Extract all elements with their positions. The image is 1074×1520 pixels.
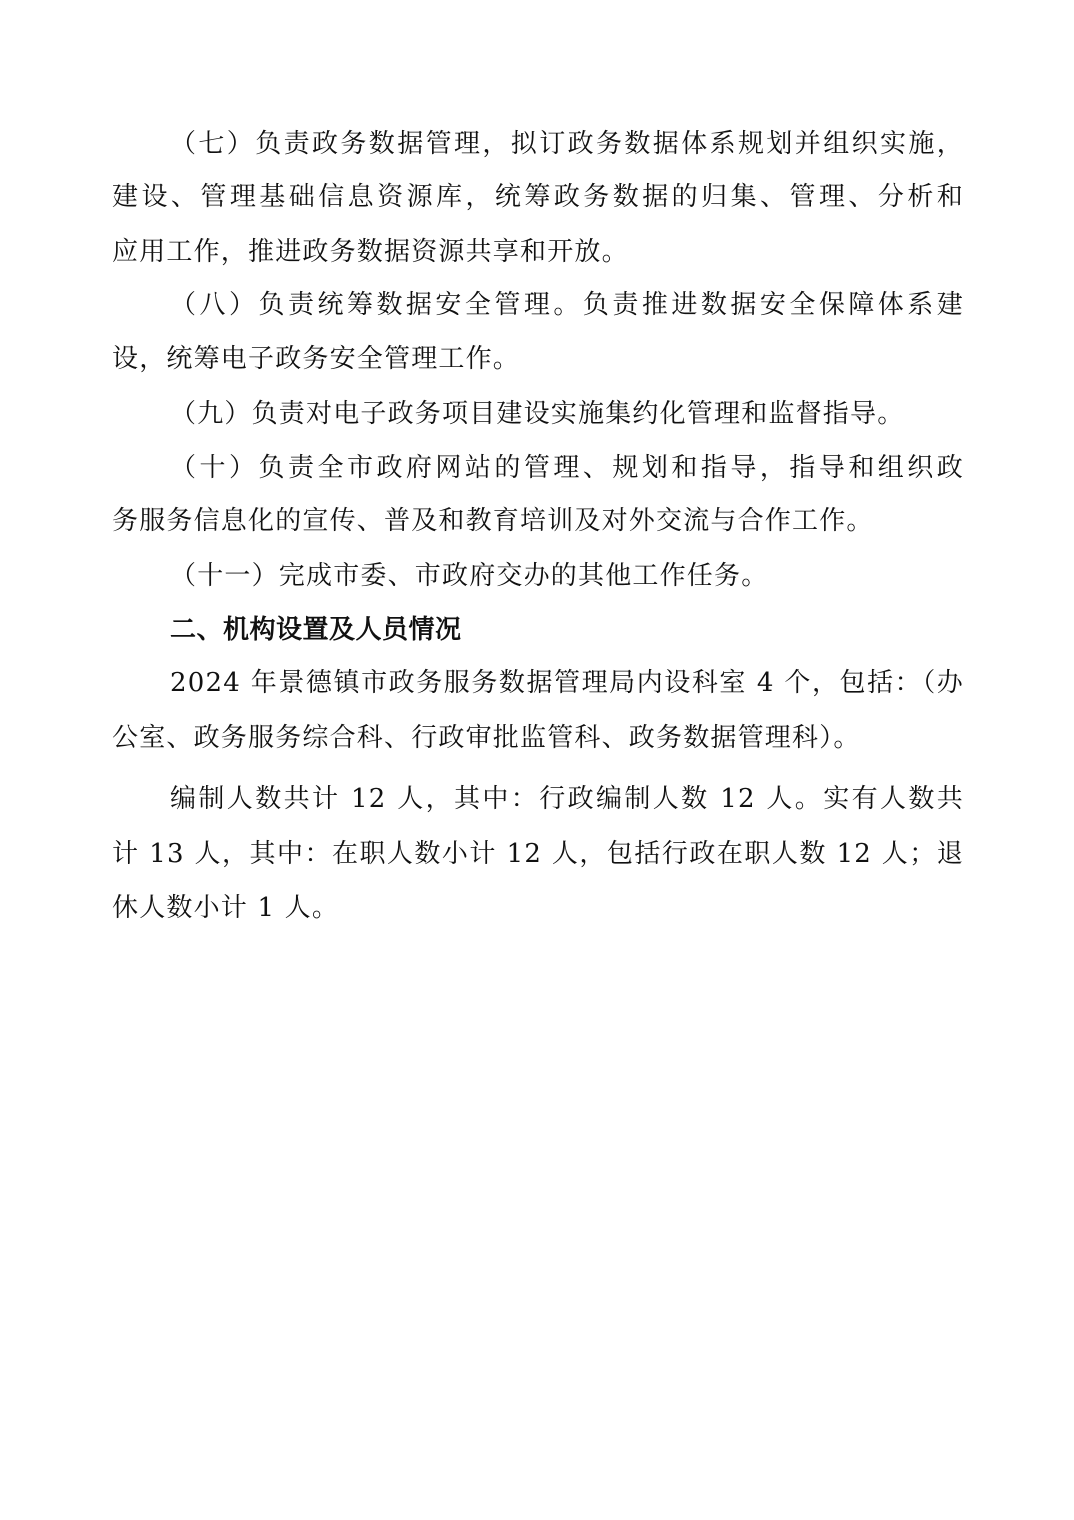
org-paragraph-line-1: 2024 年景德镇市政务服务数据管理局内设科室 4 个，包括：（办 [170, 666, 964, 700]
paragraph-item-10-line-1: （十）负责全市政府网站的管理、规划和指导，指导和组织政 [170, 451, 964, 485]
paragraph-item-10-line-2: 务服务信息化的宣传、普及和教育培训及对外交流与合作工作。 [112, 504, 964, 538]
document-page: （七）负责政务数据管理，拟订政务数据体系规划并组织实施， 建设、管理基础信息资源… [0, 0, 1074, 1520]
paragraph-item-9-line-1: （九）负责对电子政务项目建设实施集约化管理和监督指导。 [170, 397, 964, 431]
staff-paragraph-line-1: 编制人数共计 12 人，其中：行政编制人数 12 人。实有人数共 [170, 782, 964, 816]
org-paragraph-line-2: 公室、政务服务综合科、行政审批监管科、政务数据管理科）。 [112, 721, 964, 755]
paragraph-item-7-line-1: （七）负责政务数据管理，拟订政务数据体系规划并组织实施， [170, 127, 964, 161]
staff-paragraph-line-3: 休人数小计 1 人。 [112, 891, 964, 925]
paragraph-item-7-line-3: 应用工作，推进政务数据资源共享和开放。 [112, 235, 964, 269]
paragraph-item-8-line-2: 设，统筹电子政务安全管理工作。 [112, 342, 964, 376]
paragraph-item-8-line-1: （八）负责统筹数据安全管理。负责推进数据安全保障体系建 [170, 288, 964, 322]
paragraph-item-11-line-1: （十一）完成市委、市政府交办的其他工作任务。 [170, 559, 964, 593]
section-heading: 二、机构设置及人员情况 [170, 613, 462, 647]
staff-paragraph-line-2: 计 13 人，其中：在职人数小计 12 人，包括行政在职人数 12 人；退 [112, 837, 964, 871]
paragraph-item-7-line-2: 建设、管理基础信息资源库，统筹政务数据的归集、管理、分析和 [112, 180, 964, 214]
